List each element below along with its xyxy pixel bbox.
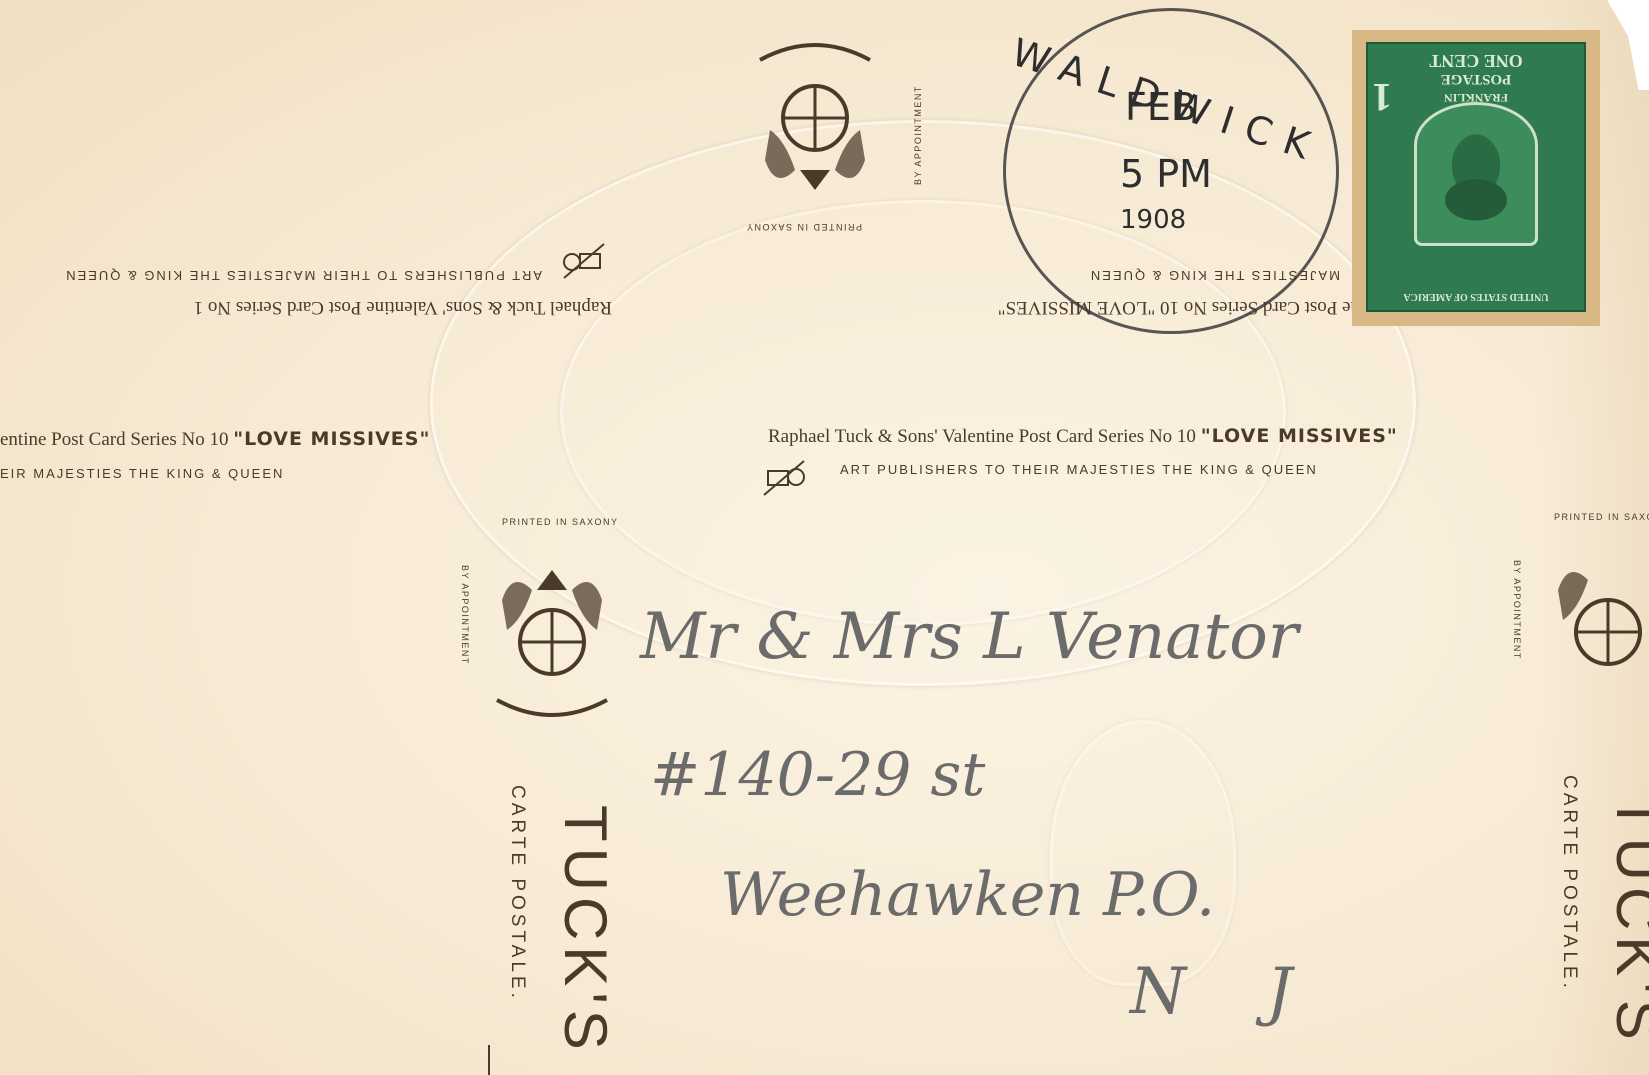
postmark-month: FEB <box>1125 85 1197 129</box>
publisher-line: Raphael Tuck & Sons' Valentine Post Card… <box>768 425 1398 448</box>
postage-stamp: ONE CENT POSTAGE FRANKLIN UNITED STATES … <box>1352 30 1600 326</box>
stamp-portrait-name: FRANKLIN <box>1408 90 1544 105</box>
publisher-series: Raphael Tuck & Sons' Valentine Post Card… <box>768 426 1196 447</box>
address-line-city: Weehawken P.O. <box>720 860 1215 930</box>
stamp-body: ONE CENT POSTAGE FRANKLIN UNITED STATES … <box>1366 42 1586 312</box>
tucks-brand-right: TUCK'S <box>1603 795 1649 1046</box>
address-line-state: N J <box>1130 955 1322 1029</box>
left-fragment-series: entine Post Card Series No 10 <box>0 429 229 450</box>
tucks-brand: TUCK'S <box>551 805 620 1056</box>
upside-down-appointment-line-left: ART PUBLISHERS TO THEIR MAJESTIES THE KI… <box>64 268 542 283</box>
royal-coat-of-arms <box>482 560 622 725</box>
carte-postale-label: CARTE POSTALE. <box>506 785 528 1002</box>
franklin-portrait-icon <box>1417 105 1535 243</box>
upside-down-printed-in-saxony: PRINTED IN SAXONY <box>745 222 862 232</box>
left-fragment-appointment-line: EIR MAJESTIES THE KING & QUEEN <box>0 466 284 481</box>
left-fragment-publisher-line: entine Post Card Series No 10 "LOVE MISS… <box>0 428 430 451</box>
upside-down-by-appointment: BY APPOINTMENT <box>913 85 923 185</box>
stamp-postage-label: POSTAGE <box>1408 70 1544 87</box>
address-line-name: Mr & Mrs L Venator <box>640 600 1298 674</box>
tuck-easel-logo <box>760 455 808 501</box>
stamp-numeral: 1 <box>1372 74 1392 121</box>
by-appointment-label: BY APPOINTMENT <box>460 565 470 665</box>
upside-down-publisher-line-left: Raphael Tuck & Sons' Valentine Post Card… <box>194 296 612 318</box>
postmark-year: 1908 <box>1120 205 1186 235</box>
postcard: Raphael Tuck & Sons' Valentine Post Card… <box>0 0 1649 1075</box>
by-appointment-label-right: BY APPOINTMENT <box>1512 560 1522 660</box>
carte-postale-label-right: CARTE POSTALE. <box>1558 775 1580 992</box>
stamp-country: UNITED STATES OF AMERICA <box>1374 291 1578 302</box>
postmark-time: 5 PM <box>1120 152 1212 196</box>
printed-in-saxony-right: PRINTED IN SAXONY <box>1554 512 1649 522</box>
appointment-line: ART PUBLISHERS TO THEIR MAJESTIES THE KI… <box>840 462 1318 477</box>
stamp-denomination: ONE CENT <box>1408 50 1544 71</box>
royal-coat-of-arms-upside-down <box>745 35 885 200</box>
left-fragment-series-name: "LOVE MISSIVES" <box>233 428 430 450</box>
embossed-heart <box>1050 720 1236 986</box>
tuck-easel-logo-upside-down <box>560 238 608 284</box>
address-line-street: #140-29 st <box>650 740 985 810</box>
royal-coat-of-arms-right <box>1538 550 1649 715</box>
series-name: "LOVE MISSIVES" <box>1201 425 1398 447</box>
stamp-portrait-frame <box>1414 102 1538 246</box>
printed-in-saxony: PRINTED IN SAXONY <box>502 517 619 527</box>
divider-line <box>488 1045 490 1075</box>
